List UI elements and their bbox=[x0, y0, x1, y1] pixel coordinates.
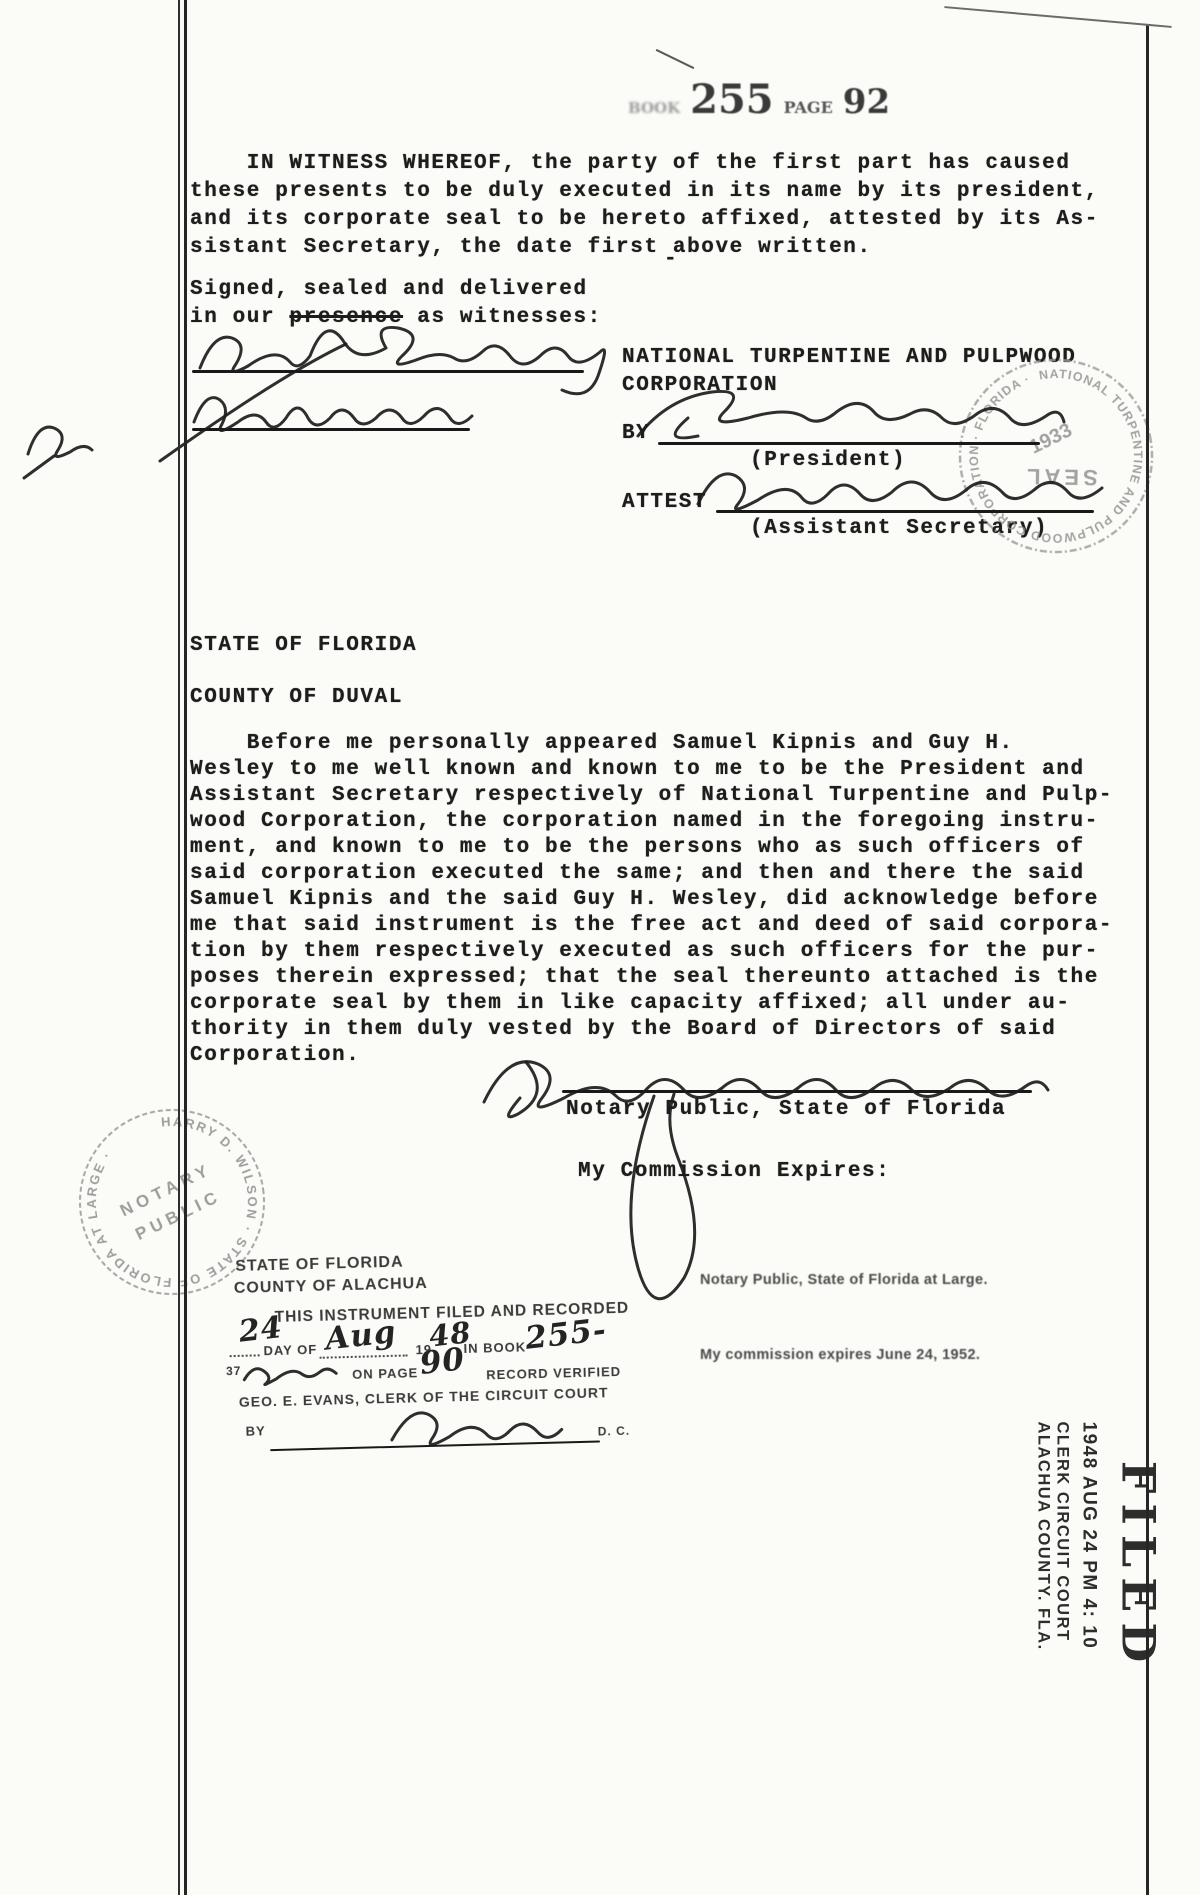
book-page-header-stamp: BOOK 255 PAGE 92 bbox=[628, 76, 890, 123]
filing-day-label: DAY OF bbox=[263, 1342, 317, 1358]
county-line: COUNTY OF DUVAL bbox=[190, 684, 403, 712]
filing-deputy-label: D. C. bbox=[598, 1424, 631, 1439]
deputy-clerk-signature bbox=[385, 1395, 571, 1455]
filing-by-label: BY bbox=[245, 1423, 265, 1439]
left-border-line-outer bbox=[178, 0, 180, 1895]
state-line: STATE OF FLORIDA bbox=[190, 632, 417, 660]
notary-signature bbox=[468, 1038, 1058, 1338]
filed-stamp: FILED 1948 AUG 24 PM 4: 10 CLERK CIRCUIT… bbox=[950, 1412, 1165, 1712]
filing-month-value: Aug bbox=[324, 1317, 398, 1356]
filing-book-label: IN BOOK bbox=[463, 1339, 526, 1356]
filing-page-label: ON PAGE bbox=[352, 1365, 418, 1382]
book-label: BOOK bbox=[628, 99, 680, 117]
stray-dash: - bbox=[664, 246, 678, 274]
assistant-secretary-signature bbox=[692, 452, 1112, 522]
president-signature bbox=[628, 378, 1068, 448]
witness-whereof-paragraph: IN WITNESS WHEREOF, the party of the fir… bbox=[190, 150, 1099, 262]
margin-scribble bbox=[18, 392, 102, 484]
filed-stamp-datetime: 1948 AUG 24 PM 4: 10 bbox=[1078, 1422, 1100, 1650]
filing-county-line: COUNTY OF ALACHUA bbox=[234, 1275, 428, 1298]
witness2-signature bbox=[186, 378, 486, 440]
commission-stamp-line2: My commission expires June 24, 1952. bbox=[700, 1343, 988, 1368]
page-number: 92 bbox=[843, 82, 890, 122]
scanned-deed-page: BOOK 255 PAGE 92 IN WITNESS WHEREOF, the… bbox=[0, 0, 1200, 1895]
top-right-scan-line bbox=[944, 6, 1171, 28]
filed-stamp-county-line: ALACHUA COUNTY. FLA. bbox=[1034, 1422, 1053, 1651]
day-dotted-leader bbox=[230, 1353, 260, 1357]
filed-stamp-court-line: CLERK CIRCUIT COURT bbox=[1053, 1422, 1072, 1642]
filed-stamp-title: FILED bbox=[1112, 1461, 1166, 1672]
filing-page-value: 90 bbox=[418, 1344, 466, 1380]
filing-verified-label: RECORD VERIFIED bbox=[486, 1364, 621, 1383]
acknowledgment-paragraph: Before me personally appeared Samuel Kip… bbox=[190, 731, 1113, 1069]
filing-time-handwriting bbox=[240, 1357, 346, 1390]
left-border-line-inner bbox=[184, 0, 187, 1895]
filing-state-line: STATE OF FLORIDA bbox=[235, 1254, 404, 1276]
top-center-scan-tick bbox=[656, 49, 695, 69]
page-label: PAGE bbox=[784, 98, 833, 117]
book-number: 255 bbox=[690, 76, 774, 123]
right-border-line bbox=[1146, 24, 1149, 1895]
